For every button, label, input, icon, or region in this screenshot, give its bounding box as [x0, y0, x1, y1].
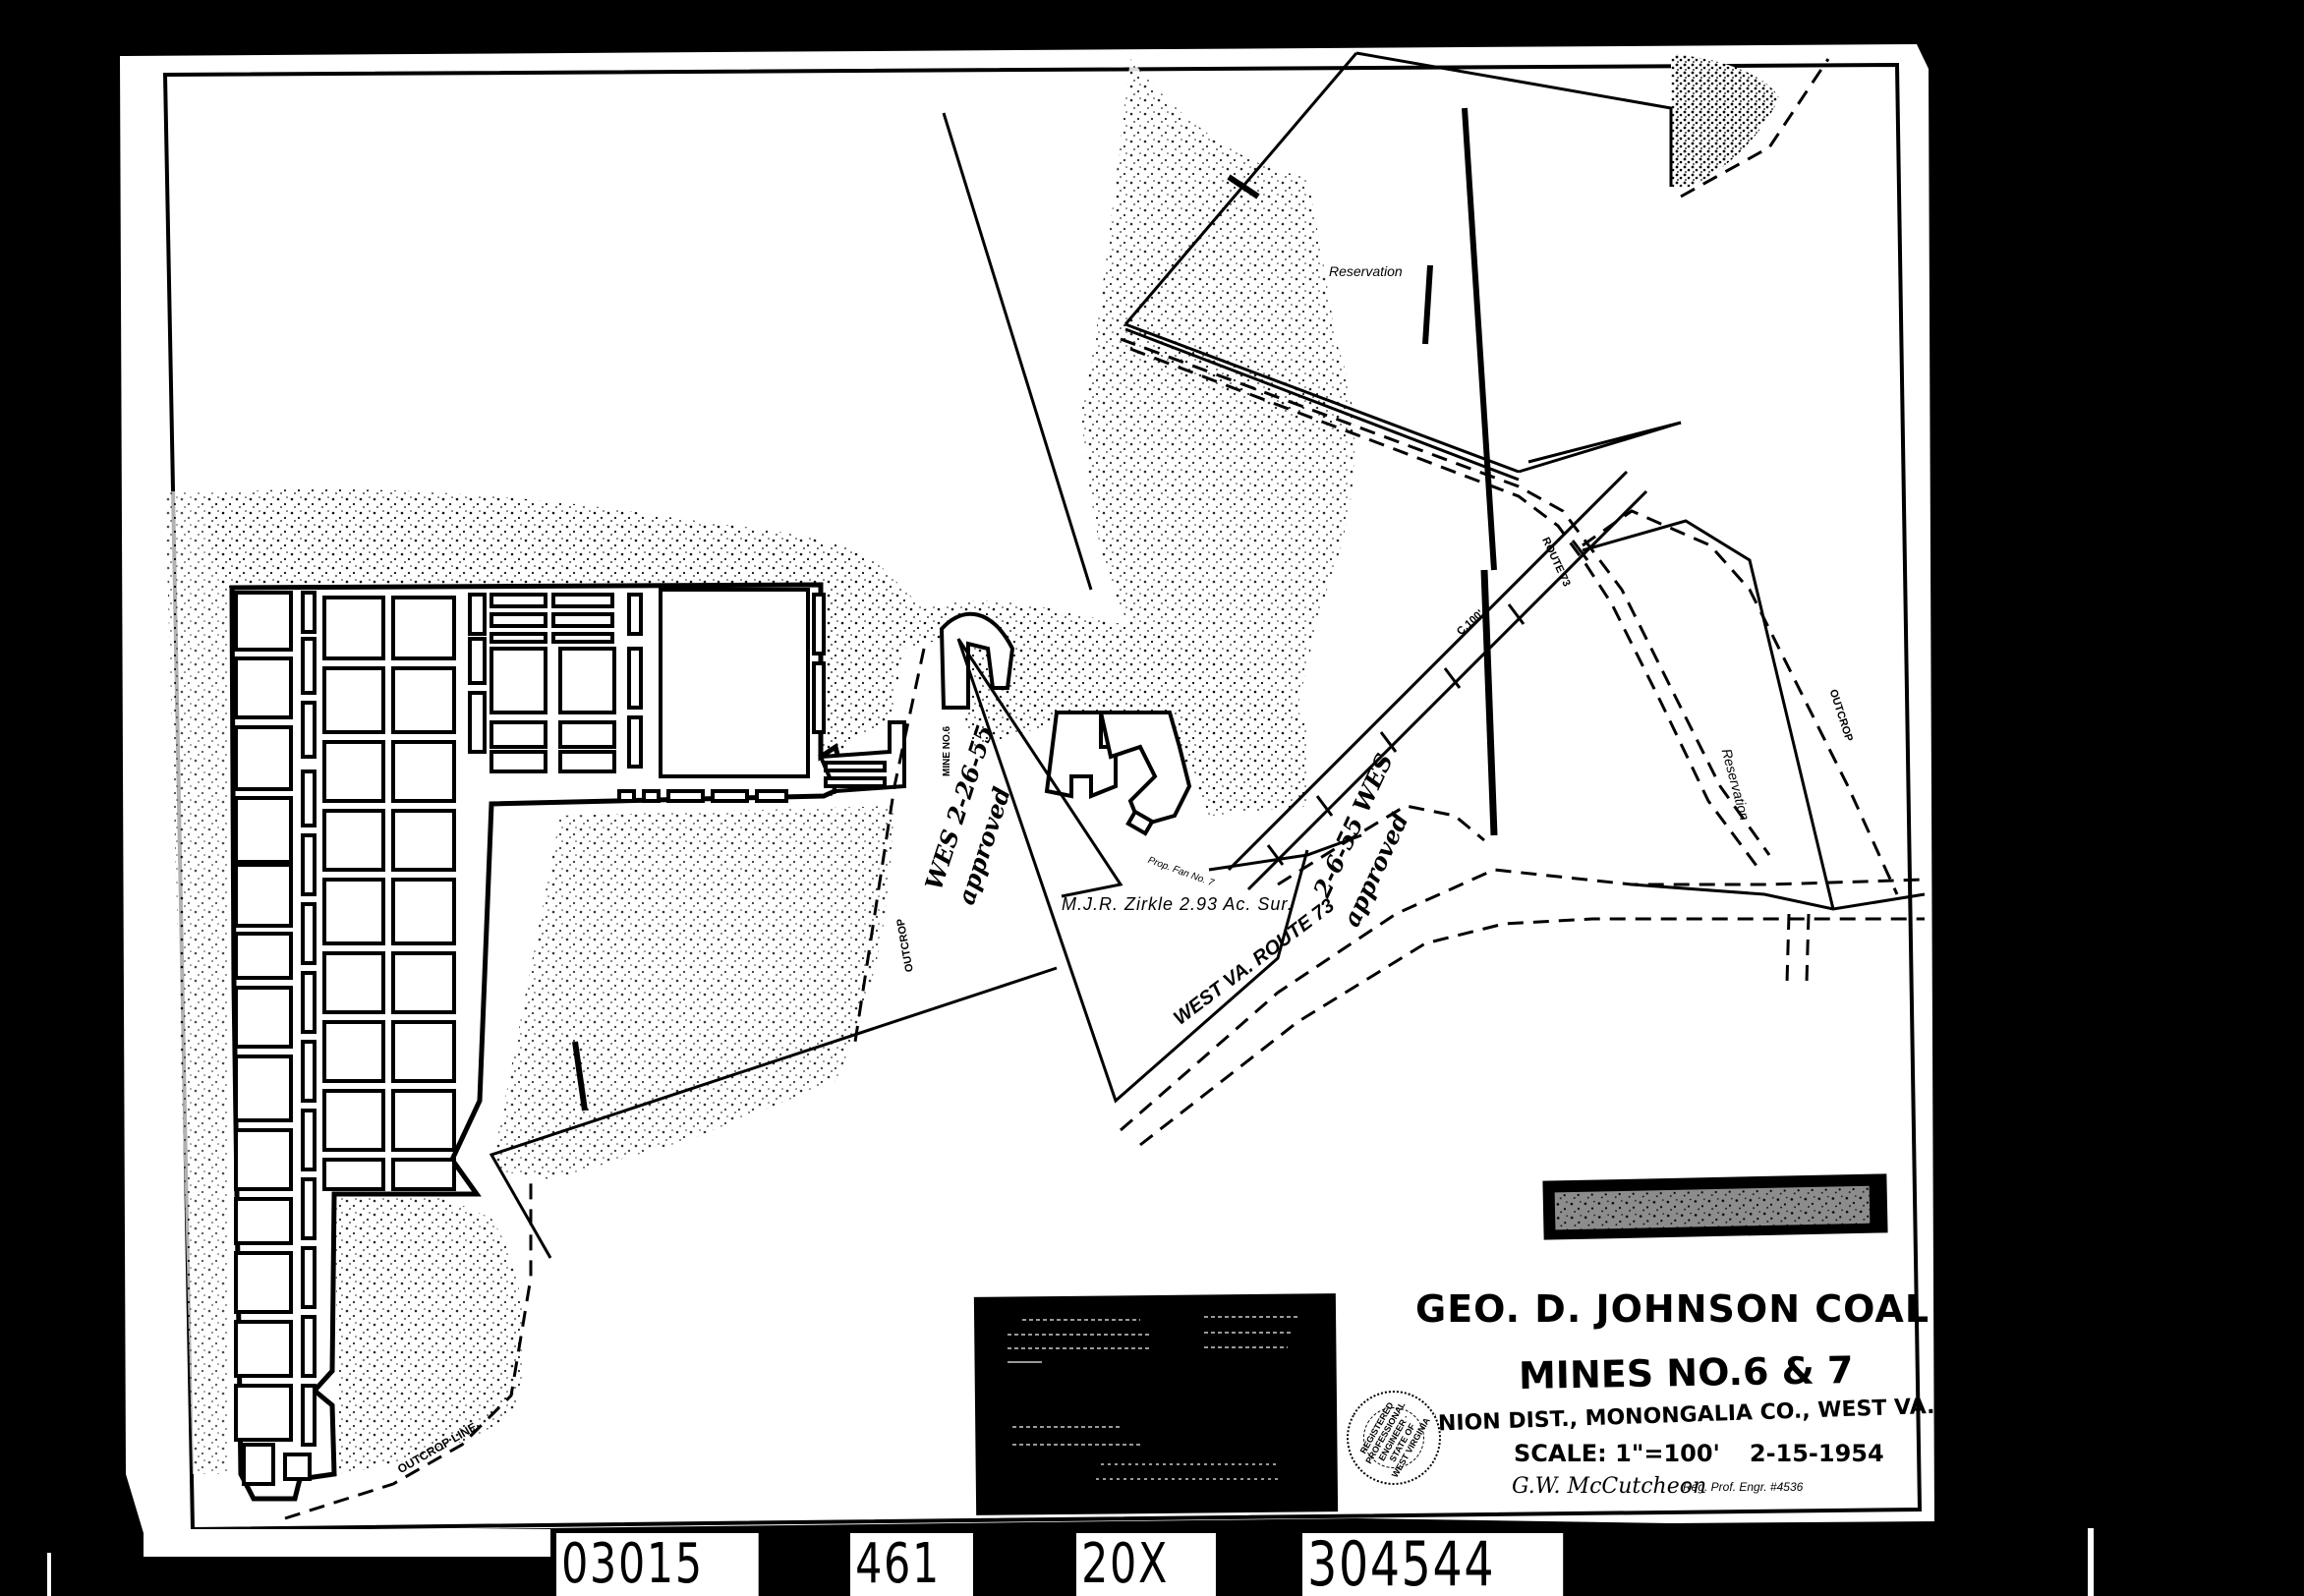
film-code-4: 304544	[1302, 1533, 1563, 1596]
scale-and-date: SCALE: 1"=100'2-15-1954	[1514, 1440, 1884, 1467]
map-date: 2-15-1954	[1750, 1440, 1884, 1467]
label-mine: MINE NO.6	[942, 726, 952, 776]
seal-text: REGISTERED PROFESSIONAL ENGINEER · STATE…	[1353, 1396, 1436, 1480]
engineer-registration: Reg. Prof. Engr. #4536	[1683, 1480, 1803, 1494]
company-name: GEO. D. JOHNSON COAL CO.	[1415, 1287, 2019, 1331]
engineer-signature: G.W. McCutcheon	[1512, 1474, 1706, 1499]
stamp-block-small-inner	[1555, 1186, 1871, 1230]
label-reservation-north: Reservation	[1329, 263, 1403, 279]
mine-title: MINES NO.6 & 7	[1519, 1348, 1854, 1397]
film-code-2: 461	[850, 1533, 973, 1596]
film-code-3: 20X	[1076, 1533, 1216, 1596]
stamp-block-large	[974, 1293, 1338, 1515]
label-property-zirkle: M.J.R. Zirkle 2.93 Ac. Sur.	[1062, 894, 1294, 915]
scanned-mine-map	[0, 0, 2304, 1596]
film-code-1: 03015	[556, 1533, 759, 1596]
map-scale: SCALE: 1"=100'	[1514, 1440, 1720, 1467]
